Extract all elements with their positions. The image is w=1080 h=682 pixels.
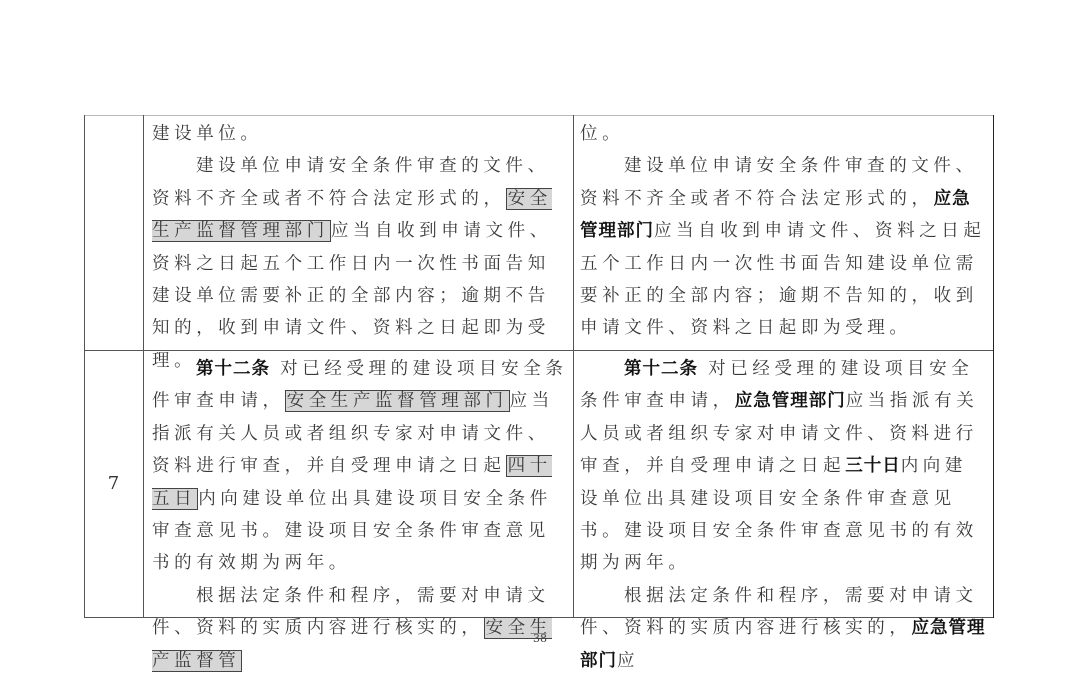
paragraph: 建设单位申请安全条件审查的文件、资料不齐全或者不符合法定形式的，应急管理部门应当… (580, 150, 988, 344)
bold-term: 应急管理部门 (735, 391, 846, 411)
article-label: 第十二条 (196, 359, 270, 379)
text-span: 建设单位申请安全条件审查的文件、资料不齐全或者不符合法定形式的， (152, 156, 550, 208)
table-right-border (993, 115, 994, 618)
column-divider-2 (573, 115, 574, 618)
article-label: 第十二条 (624, 359, 698, 379)
column-divider-1 (143, 115, 144, 618)
table-top-border (84, 115, 994, 116)
paragraph: 根据法定条件和程序，需要对申请文件、资料的实质内容进行核实的，安全生产监督管 (152, 580, 568, 677)
row7-original-text: 第十二条 对已经受理的建设项目安全条件审查申请，安全生产监督管理部门应当指派有关… (152, 353, 568, 677)
paragraph: 建设单位申请安全条件审查的文件、资料不齐全或者不符合法定形式的，安全生产监督管理… (152, 150, 568, 377)
text-span: 应当自收到申请文件、资料之日起五个工作日内一次性书面告知建设单位需要补正的全部内… (152, 221, 552, 371)
prev-row-original-text: 建设单位。 建设单位申请安全条件审查的文件、资料不齐全或者不符合法定形式的，安全… (152, 118, 568, 377)
prev-row-revised-text: 位。 建设单位申请安全条件审查的文件、资料不齐全或者不符合法定形式的，应急管理部… (580, 118, 988, 345)
row-number: 7 (84, 350, 143, 617)
text-line: 位。 (580, 118, 988, 150)
highlighted-term: 安全生产监督管理部门 (285, 390, 510, 412)
paragraph: 第十二条 对已经受理的建设项目安全条件审查申请，安全生产监督管理部门应当指派有关… (152, 353, 568, 580)
text-span: 应 (617, 651, 639, 671)
paragraph: 第十二条 对已经受理的建设项目安全条件审查申请，应急管理部门应当指派有关人员或者… (580, 353, 988, 580)
text-line: 建设单位。 (152, 118, 568, 150)
page-number: 38 (0, 632, 1080, 645)
row7-revised-text: 第十二条 对已经受理的建设项目安全条件审查申请，应急管理部门应当指派有关人员或者… (580, 353, 988, 677)
text-span: 建设单位申请安全条件审查的文件、资料不齐全或者不符合法定形式的， (580, 156, 978, 208)
bold-term: 三十日 (845, 456, 901, 476)
text-span: 内向建设单位出具建设项目安全条件审查意见书。建设项目安全条件审查意见书的有效期为… (152, 489, 552, 574)
paragraph: 根据法定条件和程序，需要对申请文件、资料的实质内容进行核实的，应急管理部门应 (580, 580, 988, 677)
